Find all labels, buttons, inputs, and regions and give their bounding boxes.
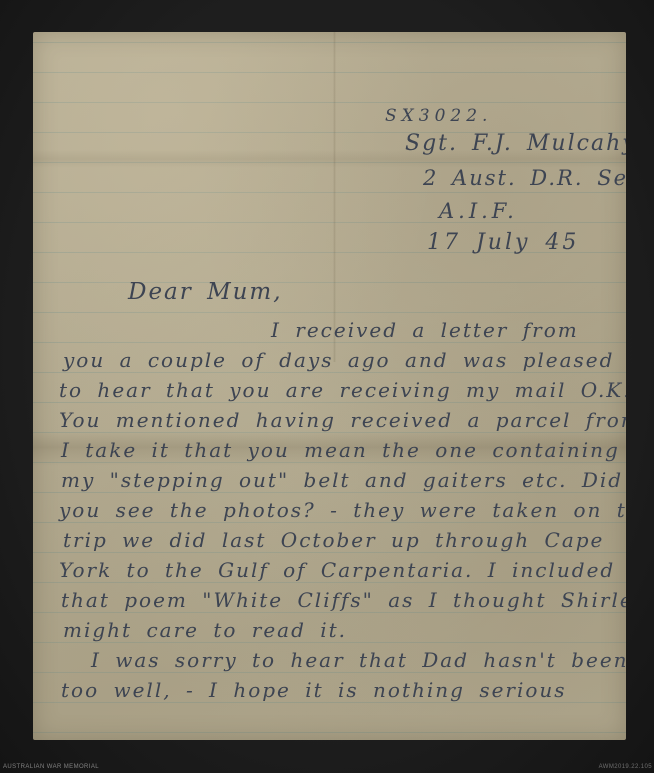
- archive-label-left: AUSTRALIAN WAR MEMORIAL: [3, 764, 99, 770]
- letter-line: that poem "White Cliffs" as I thought Sh…: [61, 585, 618, 615]
- letter-line: too well, - I hope it is nothing serious: [61, 675, 618, 705]
- letter-paper: SX3022. Sgt. F.J. Mulcahy 2 Aust. D.R. S…: [33, 32, 626, 740]
- letter-line: You mentioned having received a parcel f…: [59, 405, 618, 435]
- letter-date: 17 July 45: [427, 230, 579, 255]
- salutation: Dear Mum,: [128, 279, 283, 305]
- archive-label-right: AWM2019.22.105: [599, 764, 652, 770]
- letter-body: I received a letter from you a couple of…: [59, 315, 618, 705]
- letter-line: to hear that you are receiving my mail O…: [59, 375, 618, 405]
- sender-unit: 2 Aust. D.R. Section: [423, 166, 626, 190]
- service-number: SX3022.: [385, 106, 492, 126]
- letter-line: I received a letter from: [271, 315, 618, 345]
- fold-crease-vertical: [333, 32, 336, 362]
- sender-name: Sgt. F.J. Mulcahy: [405, 131, 626, 156]
- letter-line: you see the photos? - they were taken on…: [59, 495, 618, 525]
- letter-line: I take it that you mean the one containi…: [61, 435, 618, 465]
- scan-background: SX3022. Sgt. F.J. Mulcahy 2 Aust. D.R. S…: [0, 0, 654, 773]
- sender-force: A.I.F.: [439, 199, 518, 223]
- letter-line: I was sorry to hear that Dad hasn't been: [91, 645, 618, 675]
- letter-line: you a couple of days ago and was pleased: [63, 345, 618, 375]
- letter-line: might care to read it.: [63, 615, 618, 645]
- letter-line: York to the Gulf of Carpentaria. I inclu…: [59, 555, 618, 585]
- letter-line: my "stepping out" belt and gaiters etc. …: [61, 465, 618, 495]
- letter-line: trip we did last October up through Cape: [63, 525, 618, 555]
